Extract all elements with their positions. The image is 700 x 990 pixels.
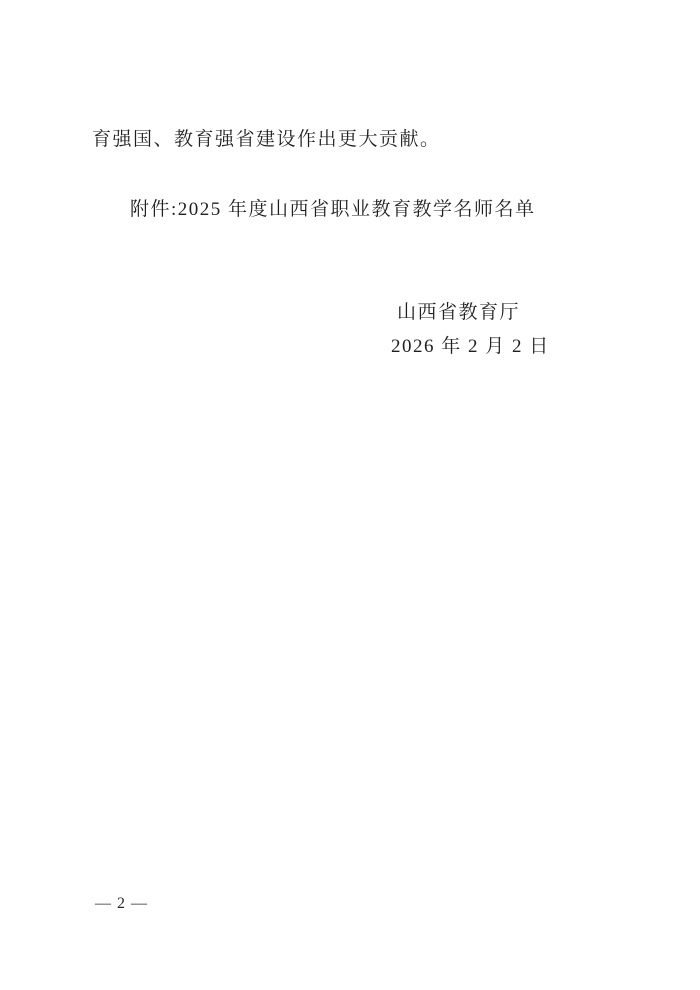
- issuing-authority: 山西省教育厅: [397, 303, 520, 322]
- attachment-line: 附件:2025 年度山西省职业教育教学名师名单: [130, 200, 536, 219]
- issue-date: 2026 年 2 月 2 日: [391, 337, 550, 356]
- page-number: — 2 —: [95, 896, 148, 912]
- document-page: 育强国、教育强省建设作出更大贡献。 附件:2025 年度山西省职业教育教学名师名…: [0, 0, 700, 990]
- paragraph-conclusion: 育强国、教育强省建设作出更大贡献。: [92, 130, 441, 149]
